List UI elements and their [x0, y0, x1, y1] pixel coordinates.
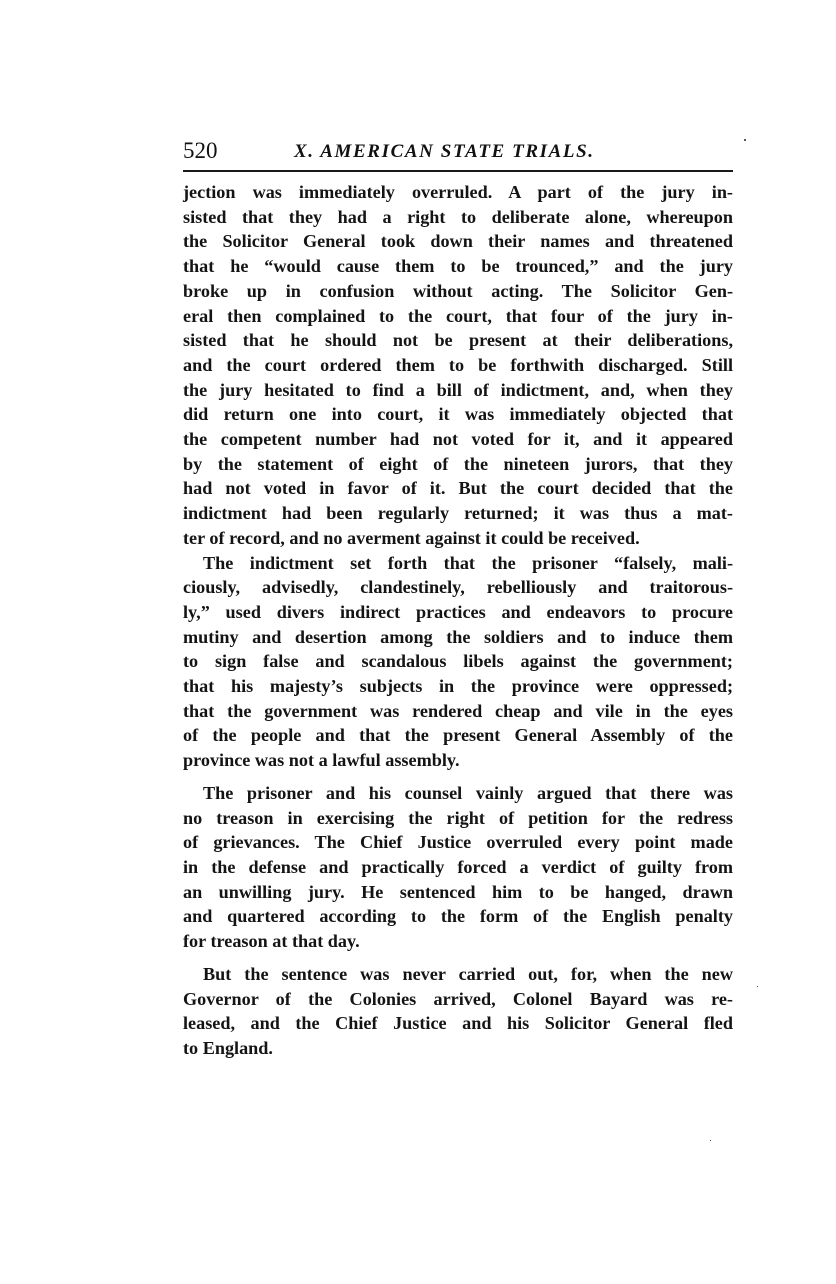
- text-line: by the statement of eight of the ninetee…: [183, 452, 733, 477]
- text-line: the competent number had not voted for i…: [183, 427, 733, 452]
- text-line: broke up in confusion without acting. Th…: [183, 279, 733, 304]
- text-line: ter of record, and no averment against i…: [183, 526, 733, 551]
- text-line: the jury hesitated to find a bill of ind…: [183, 378, 733, 403]
- paragraph-3: The prisoner and his counsel vainly argu…: [183, 781, 733, 954]
- text-line: ly,” used divers indirect practices and …: [183, 600, 733, 625]
- text-line: sisted that he should not be present at …: [183, 328, 733, 353]
- text-line: The prisoner and his counsel vainly argu…: [183, 781, 733, 806]
- text-line: and the court ordered them to be forthwi…: [183, 353, 733, 378]
- text-line: that the government was rendered cheap a…: [183, 699, 733, 724]
- scan-speck: [710, 1140, 711, 1141]
- scan-speck: [744, 139, 746, 141]
- page-number: 520: [183, 138, 218, 164]
- text-line: and quartered according to the form of t…: [183, 904, 733, 929]
- text-line: Governor of the Colonies arrived, Colone…: [183, 987, 733, 1012]
- text-line: for treason at that day.: [183, 929, 733, 954]
- text-line: of grievances. The Chief Justice overrul…: [183, 830, 733, 855]
- text-line: no treason in exercising the right of pe…: [183, 806, 733, 831]
- text-line: to sign false and scandalous libels agai…: [183, 649, 733, 674]
- running-title: X. AMERICAN STATE TRIALS.: [294, 139, 595, 165]
- text-line: did return one into court, it was immedi…: [183, 402, 733, 427]
- text-line: jection was immediately overruled. A par…: [183, 180, 733, 205]
- scan-speck: [757, 986, 758, 987]
- text-line: mutiny and desertion among the soldiers …: [183, 625, 733, 650]
- text-line: leased, and the Chief Justice and his So…: [183, 1011, 733, 1036]
- text-line: province was not a lawful assembly.: [183, 748, 733, 773]
- header-rule: [183, 170, 733, 172]
- text-line: an unwilling jury. He sentenced him to b…: [183, 880, 733, 905]
- text-line: The indictment set forth that the prison…: [183, 551, 733, 576]
- paragraph-1: jection was immediately overruled. A par…: [183, 180, 733, 551]
- paragraph-4: But the sentence was never carried out, …: [183, 962, 733, 1061]
- text-line: ciously, advisedly, clandestinely, rebel…: [183, 575, 733, 600]
- text-line: of the people and that the present Gener…: [183, 723, 733, 748]
- text-line: to England.: [183, 1036, 733, 1061]
- text-line: had not voted in favor of it. But the co…: [183, 476, 733, 501]
- book-page: 520 X. AMERICAN STATE TRIALS. jection wa…: [0, 0, 836, 1284]
- text-line: in the defense and practically forced a …: [183, 855, 733, 880]
- text-line: eral then complained to the court, that …: [183, 304, 733, 329]
- body-text: jection was immediately overruled. A par…: [183, 180, 733, 1061]
- text-line: that his majesty’s subjects in the provi…: [183, 674, 733, 699]
- paragraph-2: The indictment set forth that the prison…: [183, 551, 733, 773]
- text-line: that he “would cause them to be trounced…: [183, 254, 733, 279]
- text-line: indictment had been regularly returned; …: [183, 501, 733, 526]
- running-head: 520 X. AMERICAN STATE TRIALS.: [183, 138, 735, 164]
- text-line: But the sentence was never carried out, …: [183, 962, 733, 987]
- text-line: sisted that they had a right to delibera…: [183, 205, 733, 230]
- text-line: the Solicitor General took down their na…: [183, 229, 733, 254]
